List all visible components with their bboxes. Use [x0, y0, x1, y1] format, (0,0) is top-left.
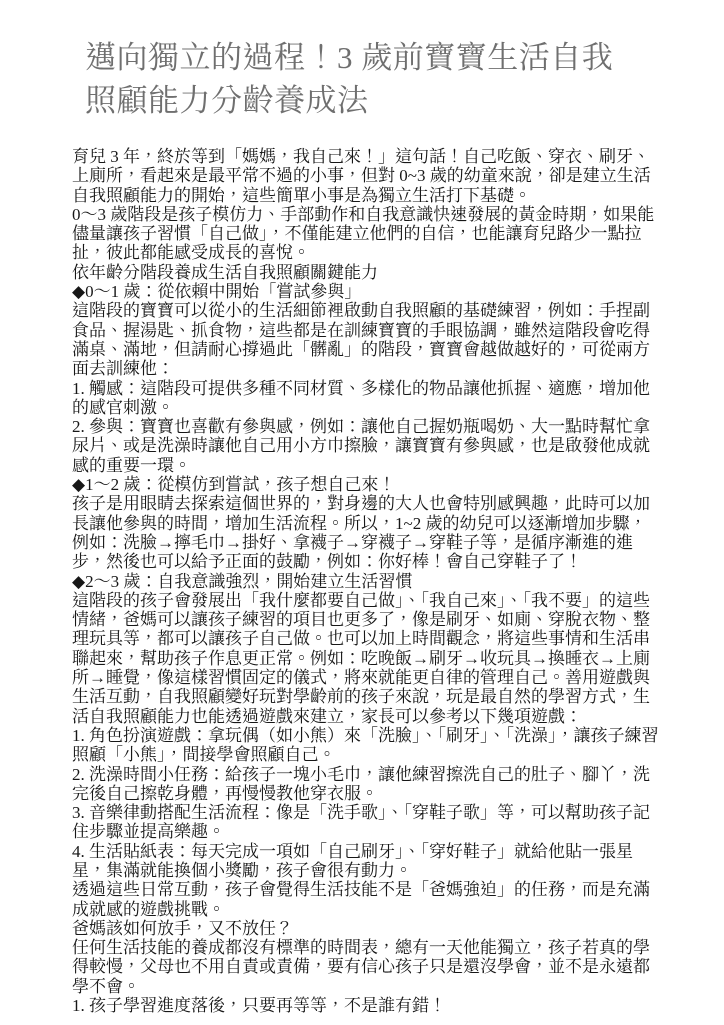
section-title-letting-go: 爸媽該如何放手，又不放任？	[72, 919, 662, 938]
heading-age-2-3: ◆2～3 歲：自我意識強烈，開始建立生活習慣	[72, 572, 662, 591]
age-0-1-item-touch: 1. 觸感：這階段可提供多種不同材質、多樣化的物品讓他抓握、適應，增加他的感官刺…	[72, 379, 662, 418]
game-item-sticker-chart: 4. 生活貼紙表：每天完成一項如「自己刷牙」、「穿好鞋子」就給他貼一張星星，集滿…	[72, 842, 662, 881]
heading-age-1-2: ◆1～2 歲：從模仿到嘗試，孩子想自己來！	[72, 475, 662, 494]
game-item-roleplay: 1. 角色扮演遊戲：拿玩偶（如小熊）來「洗臉」、「刷牙」、「洗澡」，讓孩子練習照…	[72, 726, 662, 765]
age-0-1-description: 這階段的寶寶可以從小的生活細節裡啟動自我照顧的基礎練習，例如：手捏副食品、握湯匙…	[72, 301, 662, 378]
game-item-bath-task: 2. 洗澡時間小任務：給孩子一塊小毛巾，讓他練習擦洗自己的肚子、腳丫，洗完後自己…	[72, 765, 662, 804]
daily-interaction-paragraph: 透過這些日常互動，孩子會覺得生活技能不是「爸媽強迫」的任務，而是充滿成就感的遊戲…	[72, 880, 662, 919]
section-title-age-stages: 依年齡分階段養成生活自我照顧關鍵能力	[72, 263, 662, 282]
letting-go-description: 任何生活技能的養成都沒有標準的時間表，總有一天他能獨立，孩子若真的學得較慢，父母…	[72, 938, 662, 996]
age-1-2-description: 孩子是用眼睛去探索這個世界的，對身邊的大人也會特別感興趣，此時可以加長讓他參與的…	[72, 494, 662, 571]
heading-age-0-1: ◆0～1 歲：從依賴中開始「嘗試參與」	[72, 282, 662, 301]
age-0-1-item-participation: 2. 參與：寶寶也喜歡有參與感，例如：讓他自己握奶瓶喝奶、大一點時幫忙拿尿片、或…	[72, 417, 662, 475]
golden-period-paragraph: 0～3 歲階段是孩子模仿力、手部動作和自我意識快速發展的黃金時期，如果能儘量讓孩…	[72, 205, 662, 263]
point-learning-pace: 1. 孩子學習進度落後，只要再等等，不是誰有錯！	[72, 996, 662, 1015]
age-2-3-description: 這階段的孩子會發展出「我什麼都要自己做」、「我自己來」、「我不要」的這些情緒，爸…	[72, 591, 662, 726]
document-page: 邁向獨立的過程！3 歲前寶寶生活自我照顧能力分齡養成法 育兒 3 年，終於等到「…	[0, 0, 724, 1025]
game-item-music-routine: 3. 音樂律動搭配生活流程：像是「洗手歌」、「穿鞋子歌」等，可以幫助孩子記住步驟…	[72, 803, 662, 842]
intro-paragraph: 育兒 3 年，終於等到「媽媽，我自己來！」這句話！自己吃飯、穿衣、刷牙、上廁所，…	[72, 147, 662, 205]
article-title: 邁向獨立的過程！3 歲前寶寶生活自我照顧能力分齡養成法	[85, 36, 625, 122]
